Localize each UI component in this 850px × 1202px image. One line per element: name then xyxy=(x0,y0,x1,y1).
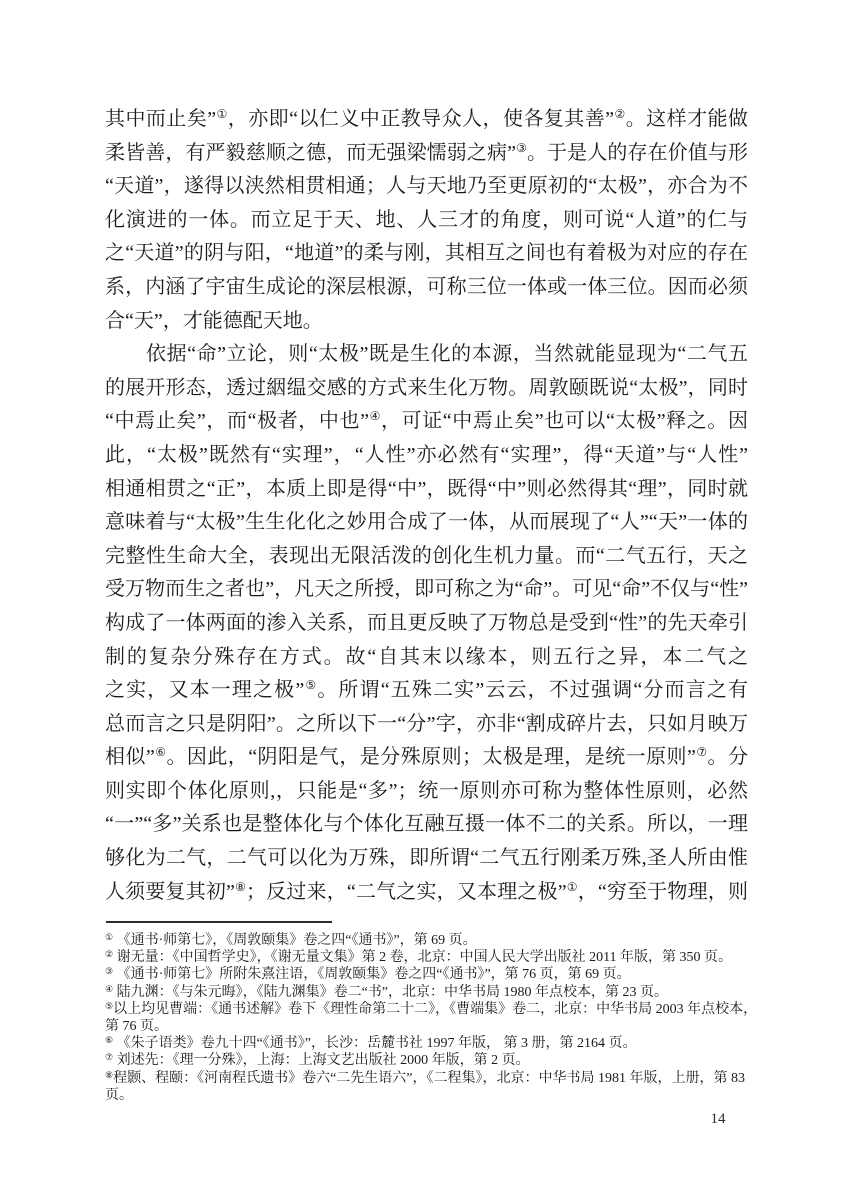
body-text-line: 其中而止矣”①，亦即“以仁义中正教导众人，使各复其善”②。这样才能做到“刚 xyxy=(105,103,748,137)
footnote-line: ③ 《通书·师第七》所附朱熹注语，《周敦颐集》卷之四“《通书》”，第 76 页，… xyxy=(105,966,765,983)
body-text-line: 则实即个体化原则,，只能是“多”；统一原则亦可称为整体性原则，必然是“一”。 xyxy=(105,775,748,809)
footnote-text: 谢无量：《中国哲学史》，《谢无量文集》第 2 卷，北京：中国人民大学出版社 20… xyxy=(113,950,732,965)
footnote-line: ② 谢无量：《中国哲学史》，《谢无量文集》第 2 卷，北京：中国人民大学出版社 … xyxy=(105,949,765,966)
body-text-line: 合“天”，才能德配天地。 xyxy=(105,305,748,339)
body-text-line: 总而言之只是阴阳”。之所以下一“分”字，亦非“割成碎片去，只如月映万川 xyxy=(105,708,748,742)
footnote-marker: ⑥ xyxy=(105,1035,113,1045)
paragraph-2: 依据“命”立论，则“太极”既是生化的本源，当然就能显现为“二气五行” 的展开形态… xyxy=(105,338,748,909)
body-text-line: 柔皆善，有严毅慈顺之德，而无强梁懦弱之病”③。于是人的存在价值与形上的 xyxy=(105,137,748,171)
body-text-line: 完整性生命大全，表现出无限活泼的创化生机力量。而“二气五行，天之所以赋 xyxy=(105,540,748,574)
body-text-line: 化演进的一体。而立足于天、地、人三才的角度，则可说“人道”的仁与义，较 xyxy=(105,204,748,238)
body-text-line: 受万物而生之者也”，凡天之所授，即可称之为“命”。可见“命”不仅与“性” xyxy=(105,573,748,607)
footnote-text: 以上均见曹端：《通书述解》卷下《理性命第二十二》，《曹端集》卷二，北京：中华书局… xyxy=(113,1002,757,1017)
body-text-line: 人须要复其初”⑧；反过来，“二气之实，又本理之极”①，“穷至于物理，则渐久 xyxy=(105,876,748,910)
body-text-line: “中焉止矣”，而“极者，中也”④，可证“中焉止矣”也可以“太极”释之。因 xyxy=(105,405,748,439)
footnote-text: 页。 xyxy=(105,1088,133,1103)
body-text-line: 之“天道”的阴与阳，“地道”的柔与刚，其相互之间也有着极为对应的存在关 xyxy=(105,237,748,271)
page-number: 14 xyxy=(703,1111,733,1128)
footnote-marker: ⑧ xyxy=(105,1070,113,1080)
footnote-text: 《通书·师第七》所附朱熹注语，《周敦颐集》卷之四“《通书》”，第 76 页，第 … xyxy=(113,967,631,982)
body-text-line: 的展开形态，透过絪缊交感的方式来生化万物。周敦颐既说“太极”，同时又说 xyxy=(105,372,748,406)
footnote-marker: ⑤ xyxy=(105,1001,113,1011)
footnote-text: 《通书·师第七》，《周敦颐集》卷之四“《通书》”，第 69 页。 xyxy=(113,933,477,948)
body-text-line: 相似”⑥。因此，“阴阳是气，是分殊原则；太极是理，是统一原则”⑦。分殊原 xyxy=(105,741,748,775)
document-page: 其中而止矣”①，亦即“以仁义中正教导众人，使各复其善”②。这样才能做到“刚 柔皆… xyxy=(0,0,850,1202)
body-text-line: 系，内涵了宇宙生成论的深层根源，可称三位一体或一体三位。因而必须以“人” xyxy=(105,271,748,305)
body-text-line: 构成了一体两面的渗入关系，而且更反映了万物总是受到“性”的先天牵引或限 xyxy=(105,607,748,641)
body-text-line: 依据“命”立论，则“太极”既是生化的本源，当然就能显现为“二气五行” xyxy=(105,338,748,372)
footnote-text: 程颢、程颐：《河南程氏遗书》卷六“二先生语六”，《二程集》，北京：中华书局 19… xyxy=(113,1071,745,1086)
footnote-marker: ③ xyxy=(105,966,113,976)
footnote-continuation-line: 第 76 页。 xyxy=(105,1018,765,1035)
footnote-line: ① 《通书·师第七》，《周敦颐集》卷之四“《通书》”，第 69 页。 xyxy=(105,932,765,949)
body-text-line: 够化为二气，二气可以化为万殊，即所谓“二气五行刚柔万殊,圣人所由惟一理， xyxy=(105,842,748,876)
footnote-text: 刘述先：《理一分殊》，上海：上海文艺出版社 2000 年版，第 2 页。 xyxy=(113,1053,530,1068)
body-text-line: 相通相贯之“正”，本质上即是得“中”，既得“中”则必然得其“理”，同时就 xyxy=(105,473,748,507)
footnote-line: ④ 陆九渊：《与朱元晦》，《陆九渊集》卷二“书”，北京：中华书局 1980 年点… xyxy=(105,984,765,1001)
footnote-marker: ① xyxy=(105,932,113,942)
footnote-marker: ④ xyxy=(105,984,113,994)
paragraph-1: 其中而止矣”①，亦即“以仁义中正教导众人，使各复其善”②。这样才能做到“刚 柔皆… xyxy=(105,103,748,338)
footnote-text: 陆九渊：《与朱元晦》，《陆九渊集》卷二“书”，北京：中华书局 1980 年点校本… xyxy=(113,985,668,1000)
footnote-continuation-line: 页。 xyxy=(105,1087,765,1104)
footnotes-section: ① 《通书·师第七》，《周敦颐集》卷之四“《通书》”，第 69 页。 ② 谢无量… xyxy=(105,932,765,1104)
footnote-line: ⑧程颢、程颐：《河南程氏遗书》卷六“二先生语六”，《二程集》，北京：中华书局 1… xyxy=(105,1070,765,1087)
footnote-line: ⑥ 《朱子语类》卷九十四“《通书》”，长沙：岳麓书社 1997 年版， 第 3 … xyxy=(105,1035,765,1052)
body-text-line: “一”“多”关系也是整体化与个体化互融互摄一体不二的关系。所以，一理能 xyxy=(105,808,748,842)
footnote-marker: ② xyxy=(105,949,113,959)
footnote-line: ⑤以上均见曹端：《通书述解》卷下《理性命第二十二》，《曹端集》卷二，北京：中华书… xyxy=(105,1001,765,1018)
footnote-text: 《朱子语类》卷九十四“《通书》”，长沙：岳麓书社 1997 年版， 第 3 册，… xyxy=(113,1036,636,1051)
footnote-text: 第 76 页。 xyxy=(105,1019,168,1034)
body-text-line: 意味着与“太极”生生化化之妙用合成了一体，从而展现了“人”“天”一体的 xyxy=(105,506,748,540)
body-text-line: 之实，又本一理之极”⑤。所谓“五殊二实”云云，不过强调“分而言之有五， xyxy=(105,674,748,708)
footnote-marker: ⑦ xyxy=(105,1052,113,1062)
footnote-line: ⑦ 刘述先：《理一分殊》，上海：上海文艺出版社 2000 年版，第 2 页。 xyxy=(105,1052,765,1069)
body-text-line: 制的复杂分殊存在方式。故“自其末以缘本，则五行之异，本二气之实”；“二气 xyxy=(105,641,748,675)
footnote-separator xyxy=(106,921,332,923)
body-text-line: 此，“太极”既然有“实理”，“人性”亦必然有“实理”，得“天道”与“人性” xyxy=(105,439,748,473)
body-text-line: “天道”，遂得以浃然相贯相通；人与天地乃至更原初的“太极”，亦合为不断创 xyxy=(105,170,748,204)
body-text: 其中而止矣”①，亦即“以仁义中正教导众人，使各复其善”②。这样才能做到“刚 柔皆… xyxy=(105,103,748,909)
